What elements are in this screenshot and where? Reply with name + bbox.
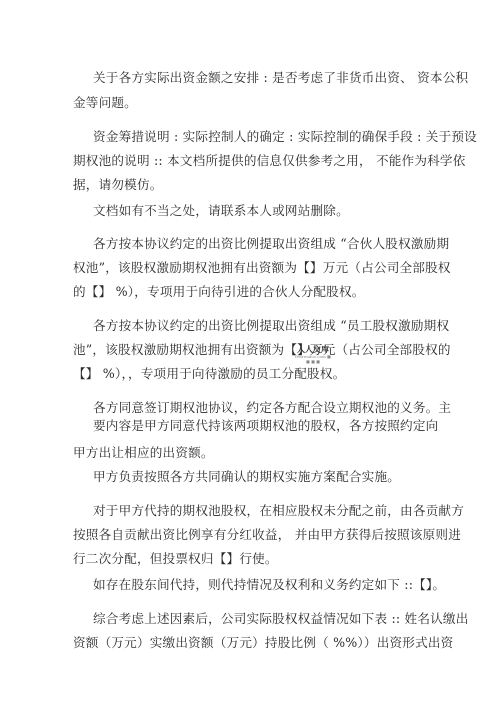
paragraph-5-line-0: 各方同意签订期权池协议，约定各方配合设立期权池的义务。主: [93, 400, 451, 416]
watermark-subtitle: renrendoc.com ■ ■ ■ ■: [293, 354, 333, 364]
paragraph-1-line-0: 资金筹措说明 : 实际控制人的确定 : 实际控制的确保手段 : 关于预设: [93, 129, 477, 145]
paragraph-9-line-0: 如存在股东间代持，则代持情况及权利和义务约定如下 ::【】。: [93, 577, 445, 593]
paragraph-10-line-1: 资额（万元）实缴出资额（万元）持股比例（ %%））出资形式出资: [73, 635, 453, 651]
paragraph-8-line-2: 行二次分配，但投票权归【】行使。: [73, 551, 278, 567]
paragraph-4-line-0: 各方按本协议约定的出资比例提取出资组成 “员工股权激励期权: [93, 318, 449, 334]
paragraph-8-line-0: 对于甲方代持的期权池股权，在相应股权未分配之前，由各贡献方: [93, 503, 464, 519]
paragraph-3-line-2: 的【】 %），专项用于向待引进的合伙人分配股权。: [73, 284, 365, 300]
paragraph-6-line-0: 甲方出让相应的出资额。: [73, 445, 214, 461]
watermark: 人人文库 renrendoc.com ■ ■ ■ ■: [293, 345, 333, 364]
paragraph-2-line-0: 文档如有不当之处，请联系本人或网站删除。: [93, 203, 349, 219]
paragraph-0-line-0: 关于各方实际出资金额之安排 : 是否考虑了非货币出资、 资本公积: [93, 70, 468, 86]
paragraph-3-line-0: 各方按本协议约定的出资比例提取出资组成 “合伙人股权激励期: [93, 236, 449, 252]
paragraph-3-line-1: 权池”，该股权激励期权池拥有出资额为【】万元（占公司全部股权: [73, 260, 451, 276]
paragraph-5-line-1: 要内容是甲方同意代持该两项期权池的股权，各方按照约定向: [93, 418, 438, 434]
watermark-title: 人人文库: [293, 345, 333, 354]
paragraph-7-line-0: 甲方负责按照各方共同确认的期权实施方案配合实施。: [93, 469, 400, 485]
paragraph-1-line-2: 据，请勿模仿。: [73, 177, 163, 193]
paragraph-10-line-0: 综合考虑上述因素后，公司实际股权权益情况如下表 :: 姓名认缴出: [93, 611, 469, 627]
paragraph-4-line-2: 【】 %），，专项用于向待激励的员工分配股权。: [73, 366, 345, 382]
paragraph-0-line-1: 金等问题。: [73, 95, 137, 111]
paragraph-1-line-1: 期权池的说明 :: 本文档所提供的信息仅供参考之用， 不能作为科学依: [73, 153, 466, 169]
paragraph-8-line-1: 按照各自贡献出资比例享有分红收益， 并由甲方获得后按照该原则进: [73, 527, 461, 543]
paragraph-4-line-1: 池”，该股权激励期权池拥有出资额为【】万元（占公司全部股权的: [73, 342, 451, 358]
